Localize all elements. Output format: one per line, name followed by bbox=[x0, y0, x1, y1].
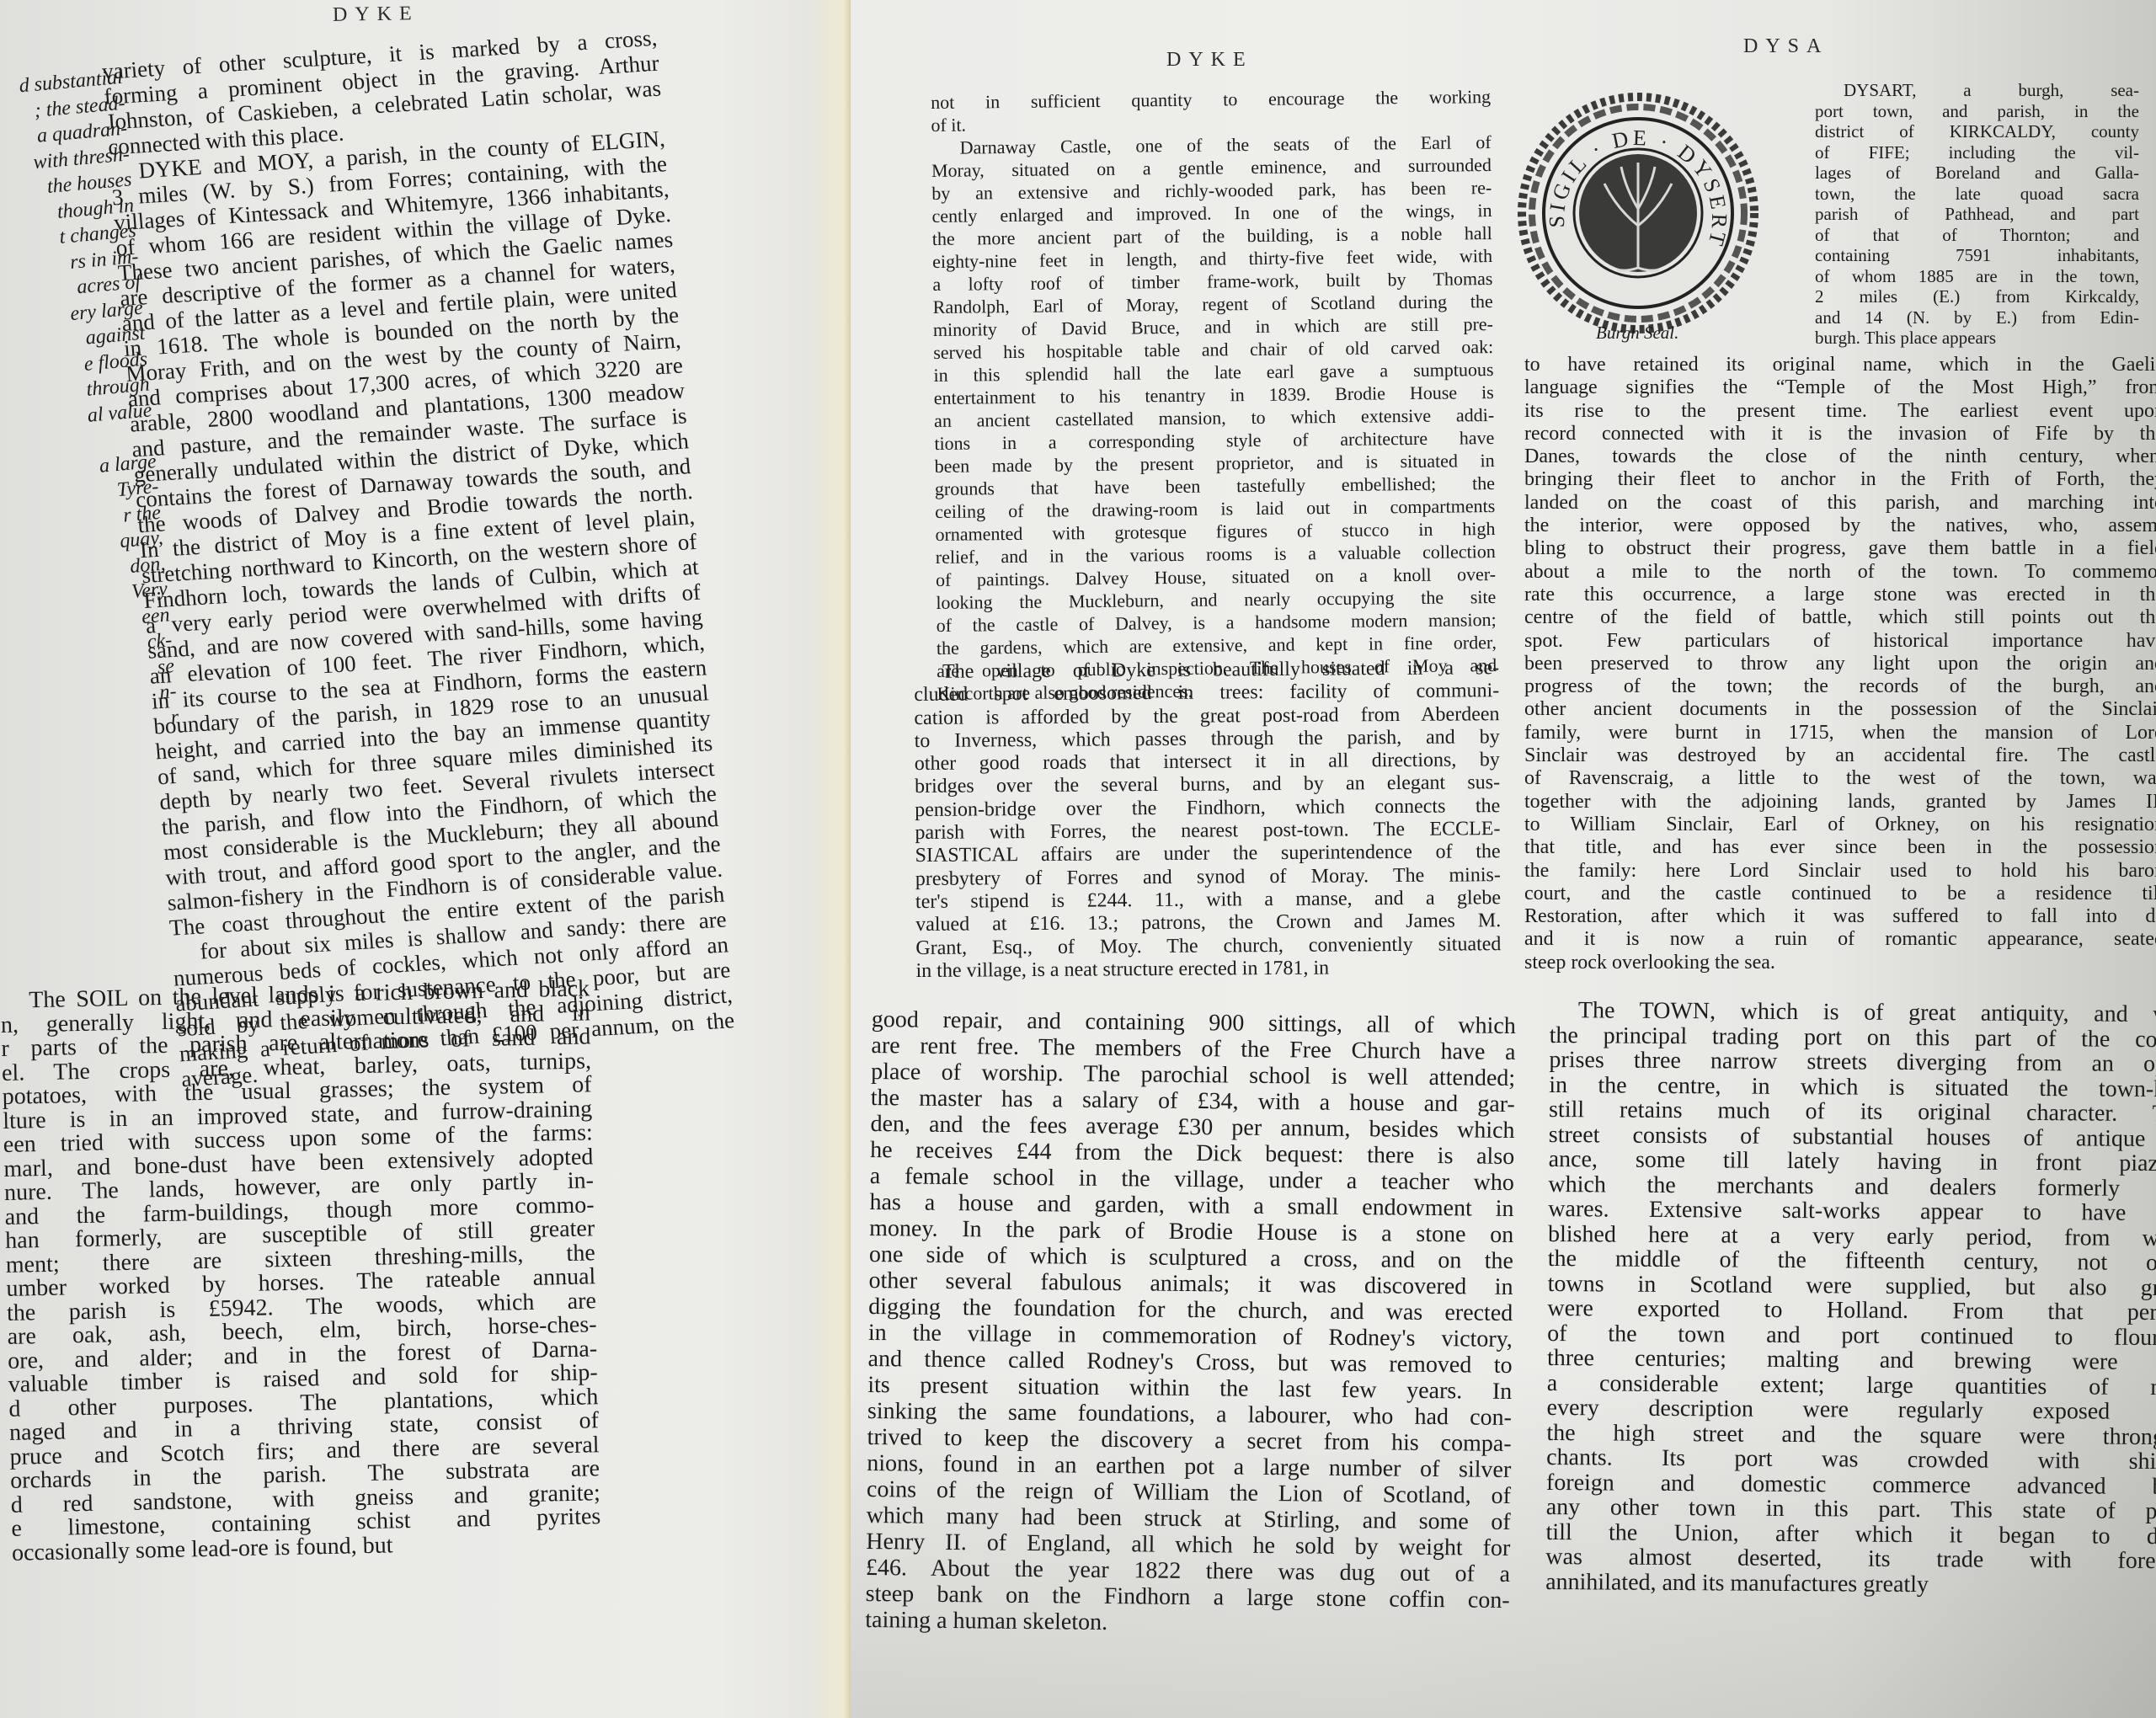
text-line: rate this occurrence, a large stone was … bbox=[1524, 584, 2156, 606]
text-line: and 14 (N. by E.) from Edin- bbox=[1815, 307, 2139, 328]
burgh-seal-illustration: SIGIL · DE · DYSERT bbox=[1516, 91, 1760, 335]
text-line: Grant, Esq., of Moy. The church, conveni… bbox=[915, 933, 1501, 960]
text-line: of FIFE; including the vil- bbox=[1815, 142, 2139, 163]
text-line: DYSART, a burgh, sea- bbox=[1815, 80, 2139, 101]
text-line: bringing their fleet to anchor in the Fr… bbox=[1524, 468, 2156, 491]
text-line: town, the late quoad sacra bbox=[1815, 184, 2139, 205]
text-line: SIASTICAL affairs are under the superint… bbox=[915, 841, 1501, 868]
text-line: Danes, towards the close of the ninth ce… bbox=[1524, 446, 2156, 468]
text-line: annihilated, and its manufactures greatl… bbox=[1545, 1569, 2156, 1598]
text-line: other ancient documents in the possessio… bbox=[1524, 698, 2156, 721]
text-line: 2 miles (E.) from Kirkcaldy, bbox=[1815, 286, 2139, 307]
right-column-lower: The TOWN, which is of great antiquity, a… bbox=[1545, 998, 2156, 1598]
text-line: of whom 1885 are in the town, bbox=[1815, 266, 2139, 287]
text-line: steep rock overlooking the sea. bbox=[1524, 952, 2156, 974]
left-lower-column: The SOIL on the level lands is a rich br… bbox=[0, 977, 601, 1566]
middle-column-lower: The village of Dyke is beautifully situa… bbox=[914, 657, 1502, 983]
text-line: and it is now a ruin of romantic appeara… bbox=[1524, 928, 2156, 951]
text-line: to William Sinclair, Earl of Orkney, on … bbox=[1524, 814, 2156, 836]
text-line: bling to obstruct their progress, gave t… bbox=[1524, 537, 2156, 560]
middle-column-bottom: good repair, and containing 900 sittings… bbox=[865, 1006, 1516, 1640]
text-line: of Ravenscraig, a little to the west of … bbox=[1524, 767, 2156, 790]
left-main-column: variety of other sculpture, it is marked… bbox=[101, 25, 737, 1092]
text-line: that title, and has ever since been in t… bbox=[1524, 836, 2156, 859]
text-line: district of KIRKCALDY, county bbox=[1815, 121, 2139, 142]
text-line: burgh. This place appears bbox=[1815, 328, 2139, 349]
middle-column-upper: not in sufficient quantity to encourage … bbox=[931, 85, 1497, 705]
seal-caption: Burgh Seal. bbox=[1596, 323, 1678, 344]
text-line: court, and the castle continued to be a … bbox=[1524, 883, 2156, 905]
text-line: of that of Thornton; and bbox=[1815, 225, 2139, 246]
text-line: the interior, were opposed by the native… bbox=[1524, 515, 2156, 537]
text-line: port town, and parish, in the bbox=[1815, 101, 2139, 122]
right-column-main: to have retained its original name, whic… bbox=[1524, 354, 2156, 974]
text-line: family, were burnt in 1715, when the man… bbox=[1524, 722, 2156, 744]
text-line: in the village, is a neat structure erec… bbox=[915, 956, 1501, 983]
text-line: been preserved to throw any light upon t… bbox=[1524, 653, 2156, 675]
text-line: the family: here Lord Sinclair used to h… bbox=[1524, 860, 2156, 883]
text-line: about a mile to the north of the town. T… bbox=[1524, 561, 2156, 584]
text-line: centre of the field of battle, which sti… bbox=[1524, 606, 2156, 629]
text-line: landed on the coast of this parish, and … bbox=[1524, 492, 2156, 515]
text-line: containing 7591 inhabitants, bbox=[1815, 245, 2139, 266]
text-line: lages of Boreland and Galla- bbox=[1815, 163, 2139, 184]
text-line: progress of the town; the records of the… bbox=[1524, 675, 2156, 698]
running-head-left: DYKE bbox=[333, 3, 419, 27]
text-line: record connected with it is the invasion… bbox=[1524, 423, 2156, 446]
text-line: together with the adjoining lands, grant… bbox=[1524, 791, 2156, 814]
running-head-dyke: DYKE bbox=[1166, 49, 1253, 72]
text-line: spot. Few particulars of historical impo… bbox=[1524, 630, 2156, 653]
text-line: to have retained its original name, whic… bbox=[1524, 354, 2156, 376]
text-line: valued at £16. 13.; patrons, the Crown a… bbox=[915, 910, 1501, 936]
text-line: Restoration, after which it was suffered… bbox=[1524, 905, 2156, 928]
text-line: parish of Pathhead, and part bbox=[1815, 204, 2139, 225]
right-column-beside-seal: DYSART, a burgh, sea-port town, and pari… bbox=[1815, 80, 2139, 349]
running-head-dysa: DYSA bbox=[1743, 35, 1828, 58]
text-line: its rise to the present time. The earlie… bbox=[1524, 400, 2156, 423]
text-line: language signifies the “Temple of the Mo… bbox=[1524, 376, 2156, 399]
text-line: Sinclair was destroyed by an accidental … bbox=[1524, 744, 2156, 767]
text-line: cluded spot embosomed in trees: facility… bbox=[914, 680, 1499, 707]
